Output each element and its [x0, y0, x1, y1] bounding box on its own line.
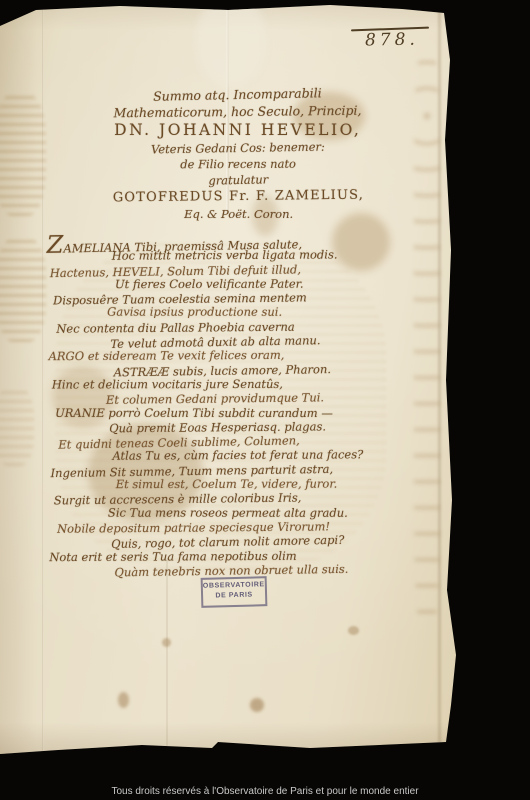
photo-background: 878. Summo atq. IncomparabiliMathematico…: [0, 0, 530, 800]
page-number: 878.: [365, 30, 419, 51]
manuscript-page: 878. Summo atq. IncomparabiliMathematico…: [0, 0, 530, 760]
fold-crease: [42, 0, 44, 760]
header-line: Mathematicorum, hoc Seculo, Principi,: [87, 101, 387, 121]
dedication-header: Summo atq. IncomparabiliMathematicorum, …: [87, 84, 388, 223]
stain: [348, 626, 359, 635]
stain: [196, 0, 266, 88]
header-line: DN. JOHANNI HEVELIO,: [88, 120, 388, 140]
stain: [250, 698, 264, 712]
header-line: Eq. & Poët. Coron.: [89, 206, 389, 222]
header-line: GOTOFREDUS Fr. F. ZAMELIUS,: [88, 186, 388, 207]
copyright-caption: Tous droits réservés à l'Observatoire de…: [0, 786, 530, 797]
observatory-stamp: OBSERVATOIRE DE PARIS: [201, 576, 268, 608]
bleed-through-text: [0, 388, 34, 466]
bleed-through-text: [0, 238, 46, 342]
fold-crease: [166, 560, 168, 750]
stamp-line-2: DE PARIS: [203, 590, 265, 602]
stain: [118, 692, 129, 708]
poem-line: Et columen Gedani providumque Tui.: [106, 389, 468, 408]
poem: ZAMELIANA Tibi, praemissâ Musa salute,Ho…: [47, 232, 470, 579]
bleed-through-text: [0, 94, 46, 216]
stain: [162, 638, 171, 647]
